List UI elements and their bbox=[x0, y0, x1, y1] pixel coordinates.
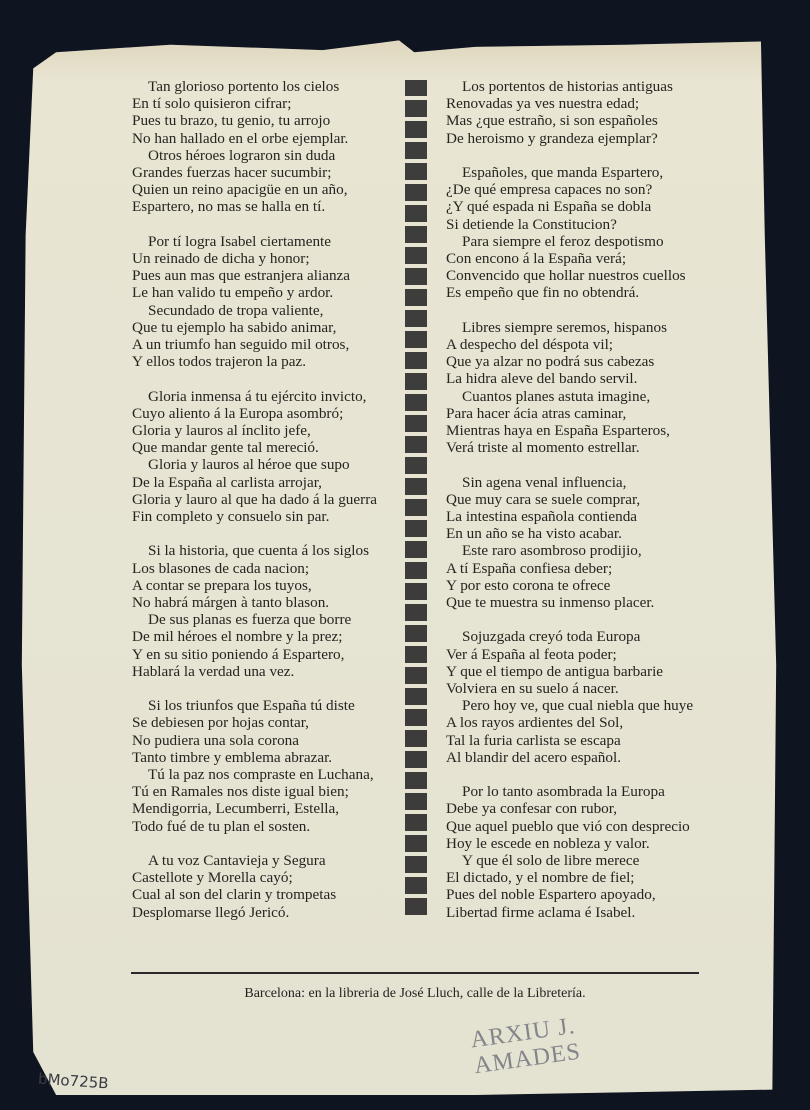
verse-line: Fin completo y consuelo sin par. bbox=[132, 508, 397, 525]
verse-line: Para siempre el feroz despotismo bbox=[446, 233, 716, 250]
right-poem-column: Los portentos de historias antiguasRenov… bbox=[446, 78, 716, 938]
verse-line: Si la historia, que cuenta á los siglos bbox=[132, 542, 397, 559]
verse-line: Mendigorria, Lecumberri, Estella, bbox=[132, 800, 397, 817]
verse-line: De sus planas es fuerza que borre bbox=[132, 611, 397, 628]
verse-line: Este raro asombroso prodijio, bbox=[446, 542, 716, 559]
verse-line: ¿De qué empresa capaces no son? bbox=[446, 181, 716, 198]
verse-line: Tú en Ramales nos diste igual bien; bbox=[132, 783, 397, 800]
verse-line: A tu voz Cantavieja y Segura bbox=[132, 852, 397, 869]
stanza: Tan glorioso portento los cielosEn tí so… bbox=[132, 78, 397, 216]
stanza: Sojuzgada creyó toda EuropaVer á España … bbox=[446, 628, 716, 766]
verse-line: A contar se prepara los tuyos, bbox=[132, 577, 397, 594]
verse-line: Que tu ejemplo ha sabido animar, bbox=[132, 319, 397, 336]
stanza: Libres siempre seremos, hispanosA despec… bbox=[446, 319, 716, 457]
verse-line: Desplomarse llegó Jericó. bbox=[132, 904, 397, 921]
verse-line: Libres siempre seremos, hispanos bbox=[446, 319, 716, 336]
printer-imprint: Barcelona: en la libreria de José Lluch,… bbox=[131, 986, 699, 1002]
verse-line: Secundado de tropa valiente, bbox=[132, 302, 397, 319]
verse-line: Otros héroes lograron sin duda bbox=[132, 147, 397, 164]
verse-line: Y por esto corona te ofrece bbox=[446, 577, 716, 594]
verse-line: ¿Y qué espada ni España se dobla bbox=[446, 198, 716, 215]
verse-line: No pudiera una sola corona bbox=[132, 732, 397, 749]
verse-line: Grandes fuerzas hacer sucumbir; bbox=[132, 164, 397, 181]
call-number: bMo725B bbox=[37, 1070, 109, 1093]
verse-line: Que ya alzar no podrá sus cabezas bbox=[446, 353, 716, 370]
verse-line: Y que el tiempo de antigua barbarie bbox=[446, 663, 716, 680]
stanza: Por tí logra Isabel ciertamenteUn reinad… bbox=[132, 233, 397, 371]
verse-line: Libertad firme aclama é Isabel. bbox=[446, 904, 716, 921]
verse-line: Volviera en su suelo á nacer. bbox=[446, 680, 716, 697]
verse-line: Los portentos de historias antiguas bbox=[446, 78, 716, 95]
verse-line: En un año se ha visto acabar. bbox=[446, 525, 716, 542]
verse-line: No habrá márgen à tanto blason. bbox=[132, 594, 397, 611]
verse-line: Renovadas ya ves nuestra edad; bbox=[446, 95, 716, 112]
verse-line: Pues tu brazo, tu genio, tu arrojo bbox=[132, 112, 397, 129]
verse-line: Gloria inmensa á tu ejército invicto, bbox=[132, 388, 397, 405]
verse-line: Castellote y Morella cayó; bbox=[132, 869, 397, 886]
verse-line: Ver á España al feota poder; bbox=[446, 646, 716, 663]
verse-line: Pero hoy ve, que cual niebla que huye bbox=[446, 697, 716, 714]
verse-line: En tí solo quisieron cifrar; bbox=[132, 95, 397, 112]
verse-line: Tanto timbre y emblema abrazar. bbox=[132, 749, 397, 766]
verse-line: Cuyo aliento á la Europa asombró; bbox=[132, 405, 397, 422]
verse-line: Cual al son del clarin y trompetas bbox=[132, 886, 397, 903]
stanza: Sin agena venal influencia,Que muy cara … bbox=[446, 474, 716, 612]
verse-line: Si detiende la Constitucion? bbox=[446, 216, 716, 233]
verse-line: Para hacer ácia atras caminar, bbox=[446, 405, 716, 422]
verse-line: Mientras haya en España Esparteros, bbox=[446, 422, 716, 439]
verse-line: A un triumfo han seguido mil otros, bbox=[132, 336, 397, 353]
verse-line: A tí España confiesa deber; bbox=[446, 560, 716, 577]
verse-line: Quien un reino apacigüe en un año, bbox=[132, 181, 397, 198]
stanza: A tu voz Cantavieja y SeguraCastellote y… bbox=[132, 852, 397, 921]
verse-line: De la España al carlista arrojar, bbox=[132, 474, 397, 491]
verse-line: Que mandar gente tal mereció. bbox=[132, 439, 397, 456]
verse-line: Y que él solo de libre merece bbox=[446, 852, 716, 869]
verse-line: Con encono á la España verá; bbox=[446, 250, 716, 267]
stanza: Si la historia, que cuenta á los siglosL… bbox=[132, 542, 397, 680]
verse-line: Españoles, que manda Espartero, bbox=[446, 164, 716, 181]
verse-line: De heroismo y grandeza ejemplar? bbox=[446, 130, 716, 147]
verse-line: Se debiesen por hojas contar, bbox=[132, 714, 397, 731]
verse-line: No han hallado en el orbe ejemplar. bbox=[132, 130, 397, 147]
verse-line: Gloria y lauros al héroe que supo bbox=[132, 456, 397, 473]
verse-line: A despecho del déspota vil; bbox=[446, 336, 716, 353]
verse-line: Y en su sitio poniendo á Espartero, bbox=[132, 646, 397, 663]
left-poem-column: Tan glorioso portento los cielosEn tí so… bbox=[132, 78, 397, 938]
stanza: Españoles, que manda Espartero,¿De qué e… bbox=[446, 164, 716, 302]
verse-line: Le han valido tu empeño y ardor. bbox=[132, 284, 397, 301]
verse-line: Sojuzgada creyó toda Europa bbox=[446, 628, 716, 645]
footer-rule bbox=[131, 972, 699, 974]
verse-line: A los rayos ardientes del Sol, bbox=[446, 714, 716, 731]
verse-line: De mil héroes el nombre y la prez; bbox=[132, 628, 397, 645]
verse-line: Es empeño que fin no obtendrá. bbox=[446, 284, 716, 301]
verse-line: Convencido que hollar nuestros cuellos bbox=[446, 267, 716, 284]
verse-line: Mas ¿que estraño, si son españoles bbox=[446, 112, 716, 129]
verse-line: Y ellos todos trajeron la paz. bbox=[132, 353, 397, 370]
verse-line: Que muy cara se suele comprar, bbox=[446, 491, 716, 508]
verse-line: Por lo tanto asombrada la Europa bbox=[446, 783, 716, 800]
verse-line: Gloria y lauro al que ha dado á la guerr… bbox=[132, 491, 397, 508]
stanza: Gloria inmensa á tu ejército invicto,Cuy… bbox=[132, 388, 397, 526]
verse-line: Tan glorioso portento los cielos bbox=[132, 78, 397, 95]
ornamental-divider bbox=[405, 80, 427, 915]
verse-line: Que aquel pueblo que vió con desprecio bbox=[446, 818, 716, 835]
verse-line: Pues del noble Espartero apoyado, bbox=[446, 886, 716, 903]
verse-line: Al blandir del acero español. bbox=[446, 749, 716, 766]
verse-line: Que te muestra su inmenso placer. bbox=[446, 594, 716, 611]
stanza: Si los triunfos que España tú disteSe de… bbox=[132, 697, 397, 835]
stanza: Los portentos de historias antiguasRenov… bbox=[446, 78, 716, 147]
verse-line: Pues aun mas que estranjera alianza bbox=[132, 267, 397, 284]
verse-line: Tal la furia carlista se escapa bbox=[446, 732, 716, 749]
verse-line: Sin agena venal influencia, bbox=[446, 474, 716, 491]
verse-line: Verá triste al momento estrellar. bbox=[446, 439, 716, 456]
verse-line: Por tí logra Isabel ciertamente bbox=[132, 233, 397, 250]
stanza: Por lo tanto asombrada la EuropaDebe ya … bbox=[446, 783, 716, 921]
verse-line: Un reinado de dicha y honor; bbox=[132, 250, 397, 267]
verse-line: Debe ya confesar con rubor, bbox=[446, 800, 716, 817]
verse-line: Los blasones de cada nacion; bbox=[132, 560, 397, 577]
verse-line: Si los triunfos que España tú diste bbox=[132, 697, 397, 714]
verse-line: La hidra aleve del bando servil. bbox=[446, 370, 716, 387]
verse-line: El dictado, y el nombre de fiel; bbox=[446, 869, 716, 886]
verse-line: Espartero, no mas se halla en tí. bbox=[132, 198, 397, 215]
verse-line: Hoy le escede en nobleza y valor. bbox=[446, 835, 716, 852]
verse-line: Cuantos planes astuta imagine, bbox=[446, 388, 716, 405]
verse-line: La intestina española contienda bbox=[446, 508, 716, 525]
verse-line: Gloria y lauros al ínclito jefe, bbox=[132, 422, 397, 439]
verse-line: Hablará la verdad una vez. bbox=[132, 663, 397, 680]
verse-line: Todo fué de tu plan el sosten. bbox=[132, 818, 397, 835]
verse-line: Tú la paz nos compraste en Luchana, bbox=[132, 766, 397, 783]
